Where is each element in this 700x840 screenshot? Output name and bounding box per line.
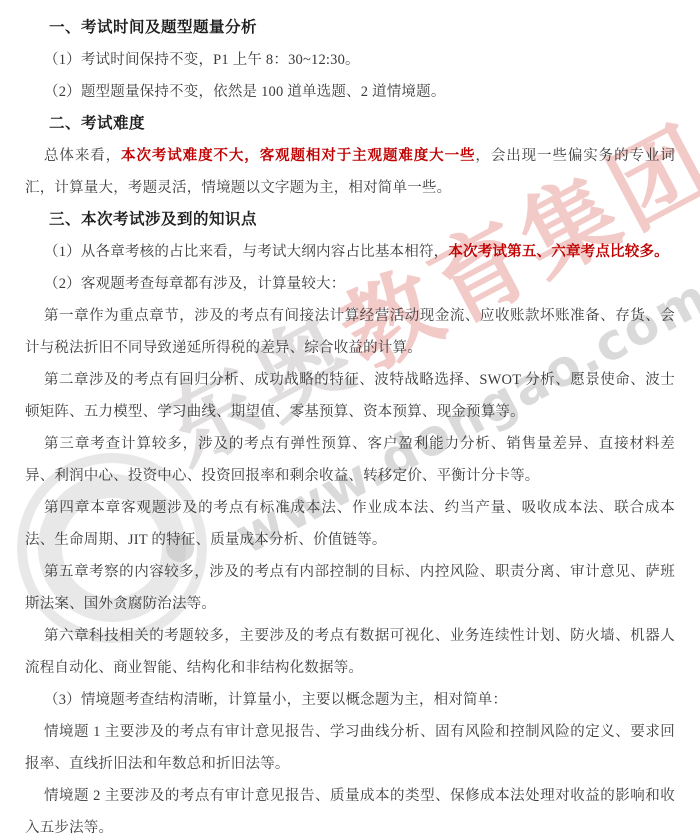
text-segment: （3）情境题考查结构清晰，计算量小，主要以概念题为主，相对简单： bbox=[44, 692, 507, 708]
paragraph: （2）客观题考查每章都有涉及，计算量较大： bbox=[25, 268, 675, 300]
paragraph: 第一章作为重点章节，涉及的考点有间接法计算经营活动现金流、应收账款坏账准备、存货… bbox=[25, 300, 675, 364]
document-page: { "colors": { "accent_red": "#C00000", "… bbox=[0, 0, 700, 840]
text-segment: 第二章涉及的考点有回归分析、成功战略的特征、波特战略选择、SWOT 分析、愿景使… bbox=[25, 372, 675, 420]
paragraph: 第六章科技相关的考题较多，主要涉及的考点有数据可视化、业务连续性计划、防火墙、机… bbox=[25, 620, 675, 684]
text-segment: （1）从各章考核的占比来看，与考试大纲内容占比基本相符， bbox=[44, 244, 448, 260]
section-heading: 二、考试难度 bbox=[25, 108, 675, 140]
paragraph: 第五章考察的内容较多，涉及的考点有内部控制的目标、内控风险、职责分离、审计意见、… bbox=[25, 556, 675, 620]
paragraph: 总体来看，本次考试难度不大，客观题相对于主观题难度大一些，会出现一些偏实务的专业… bbox=[25, 140, 675, 204]
document-content: 一、考试时间及题型题量分析（1）考试时间保持不变，P1 上午 8：30~12:3… bbox=[0, 0, 700, 840]
text-segment: 情境题 1 主要涉及的考点有审计意见报告、学习曲线分析、固有风险和控制风险的定义… bbox=[25, 724, 675, 772]
text-segment: 第六章科技相关的考题较多，主要涉及的考点有数据可视化、业务连续性计划、防火墙、机… bbox=[25, 628, 675, 676]
section-heading: 一、考试时间及题型题量分析 bbox=[25, 12, 675, 44]
text-segment: 情境题 2 主要涉及的考点有审计意见报告、质量成本的类型、保修成本法处理对收益的… bbox=[25, 788, 675, 836]
section-heading: 三、本次考试涉及到的知识点 bbox=[25, 204, 675, 236]
highlight-red: 本次考试难度不大，客观题相对于主观题难度大一些 bbox=[121, 148, 475, 164]
paragraph: （3）情境题考查结构清晰，计算量小，主要以概念题为主，相对简单： bbox=[25, 684, 675, 716]
text-segment: 第四章本章客观题涉及的考点有标准成本法、作业成本法、约当产量、吸收成本法、联合成… bbox=[25, 500, 675, 548]
text-segment: （2）客观题考查每章都有涉及，计算量较大： bbox=[44, 276, 345, 292]
highlight-red: 本次考试第五、六章考点比较多。 bbox=[448, 244, 669, 260]
text-segment: 第三章考查计算较多，涉及的考点有弹性预算、客户盈利能力分析、销售量差异、直接材料… bbox=[25, 436, 675, 484]
paragraph: 情境题 2 主要涉及的考点有审计意见报告、质量成本的类型、保修成本法处理对收益的… bbox=[25, 780, 675, 840]
paragraph: 第二章涉及的考点有回归分析、成功战略的特征、波特战略选择、SWOT 分析、愿景使… bbox=[25, 364, 675, 428]
paragraph: 情境题 1 主要涉及的考点有审计意见报告、学习曲线分析、固有风险和控制风险的定义… bbox=[25, 716, 675, 780]
text-segment: 二、考试难度 bbox=[49, 115, 145, 132]
paragraph: 第四章本章客观题涉及的考点有标准成本法、作业成本法、约当产量、吸收成本法、联合成… bbox=[25, 492, 675, 556]
text-segment: （2）题型题量保持不变，依然是 100 道单选题、2 道情境题。 bbox=[44, 84, 446, 100]
paragraph: 第三章考查计算较多，涉及的考点有弹性预算、客户盈利能力分析、销售量差异、直接材料… bbox=[25, 428, 675, 492]
paragraph: （1）考试时间保持不变，P1 上午 8：30~12:30。 bbox=[25, 44, 675, 76]
text-segment: 总体来看， bbox=[44, 148, 121, 164]
text-segment: 三、本次考试涉及到的知识点 bbox=[49, 211, 257, 228]
text-segment: （1）考试时间保持不变，P1 上午 8：30~12:30。 bbox=[44, 52, 360, 68]
text-segment: 一、考试时间及题型题量分析 bbox=[49, 19, 257, 36]
paragraph: （2）题型题量保持不变，依然是 100 道单选题、2 道情境题。 bbox=[25, 76, 675, 108]
paragraph: （1）从各章考核的占比来看，与考试大纲内容占比基本相符，本次考试第五、六章考点比… bbox=[25, 236, 675, 268]
text-segment: 第一章作为重点章节，涉及的考点有间接法计算经营活动现金流、应收账款坏账准备、存货… bbox=[25, 308, 675, 356]
text-segment: 第五章考察的内容较多，涉及的考点有内部控制的目标、内控风险、职责分离、审计意见、… bbox=[25, 564, 675, 612]
